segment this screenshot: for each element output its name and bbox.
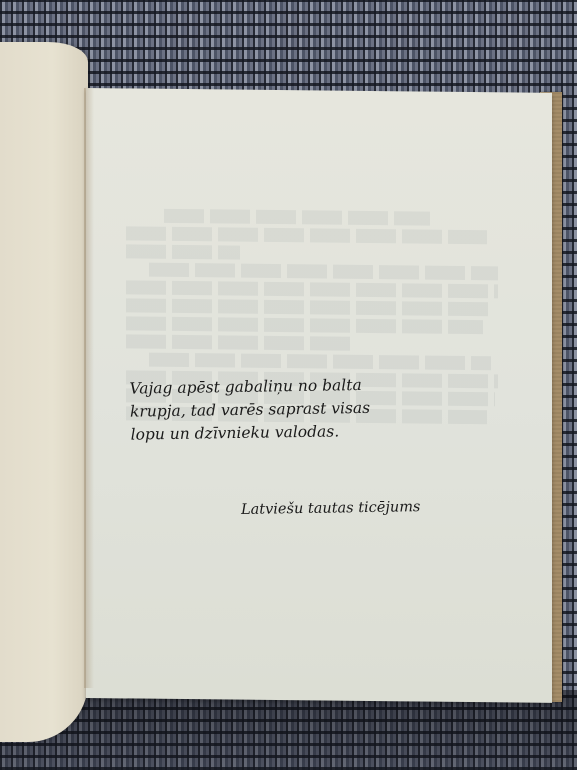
quote-line: lopu un dzīvnieku valodas. [130,419,450,447]
right-page: Vajag apēst gabaliņu no balta krupja, ta… [86,88,552,703]
left-page [0,42,88,742]
book-gutter [84,88,94,688]
handwritten-quote: Vajag apēst gabaliņu no balta krupja, ta… [129,373,451,447]
quote-attribution: Latviešu tautas ticējums [241,499,421,518]
